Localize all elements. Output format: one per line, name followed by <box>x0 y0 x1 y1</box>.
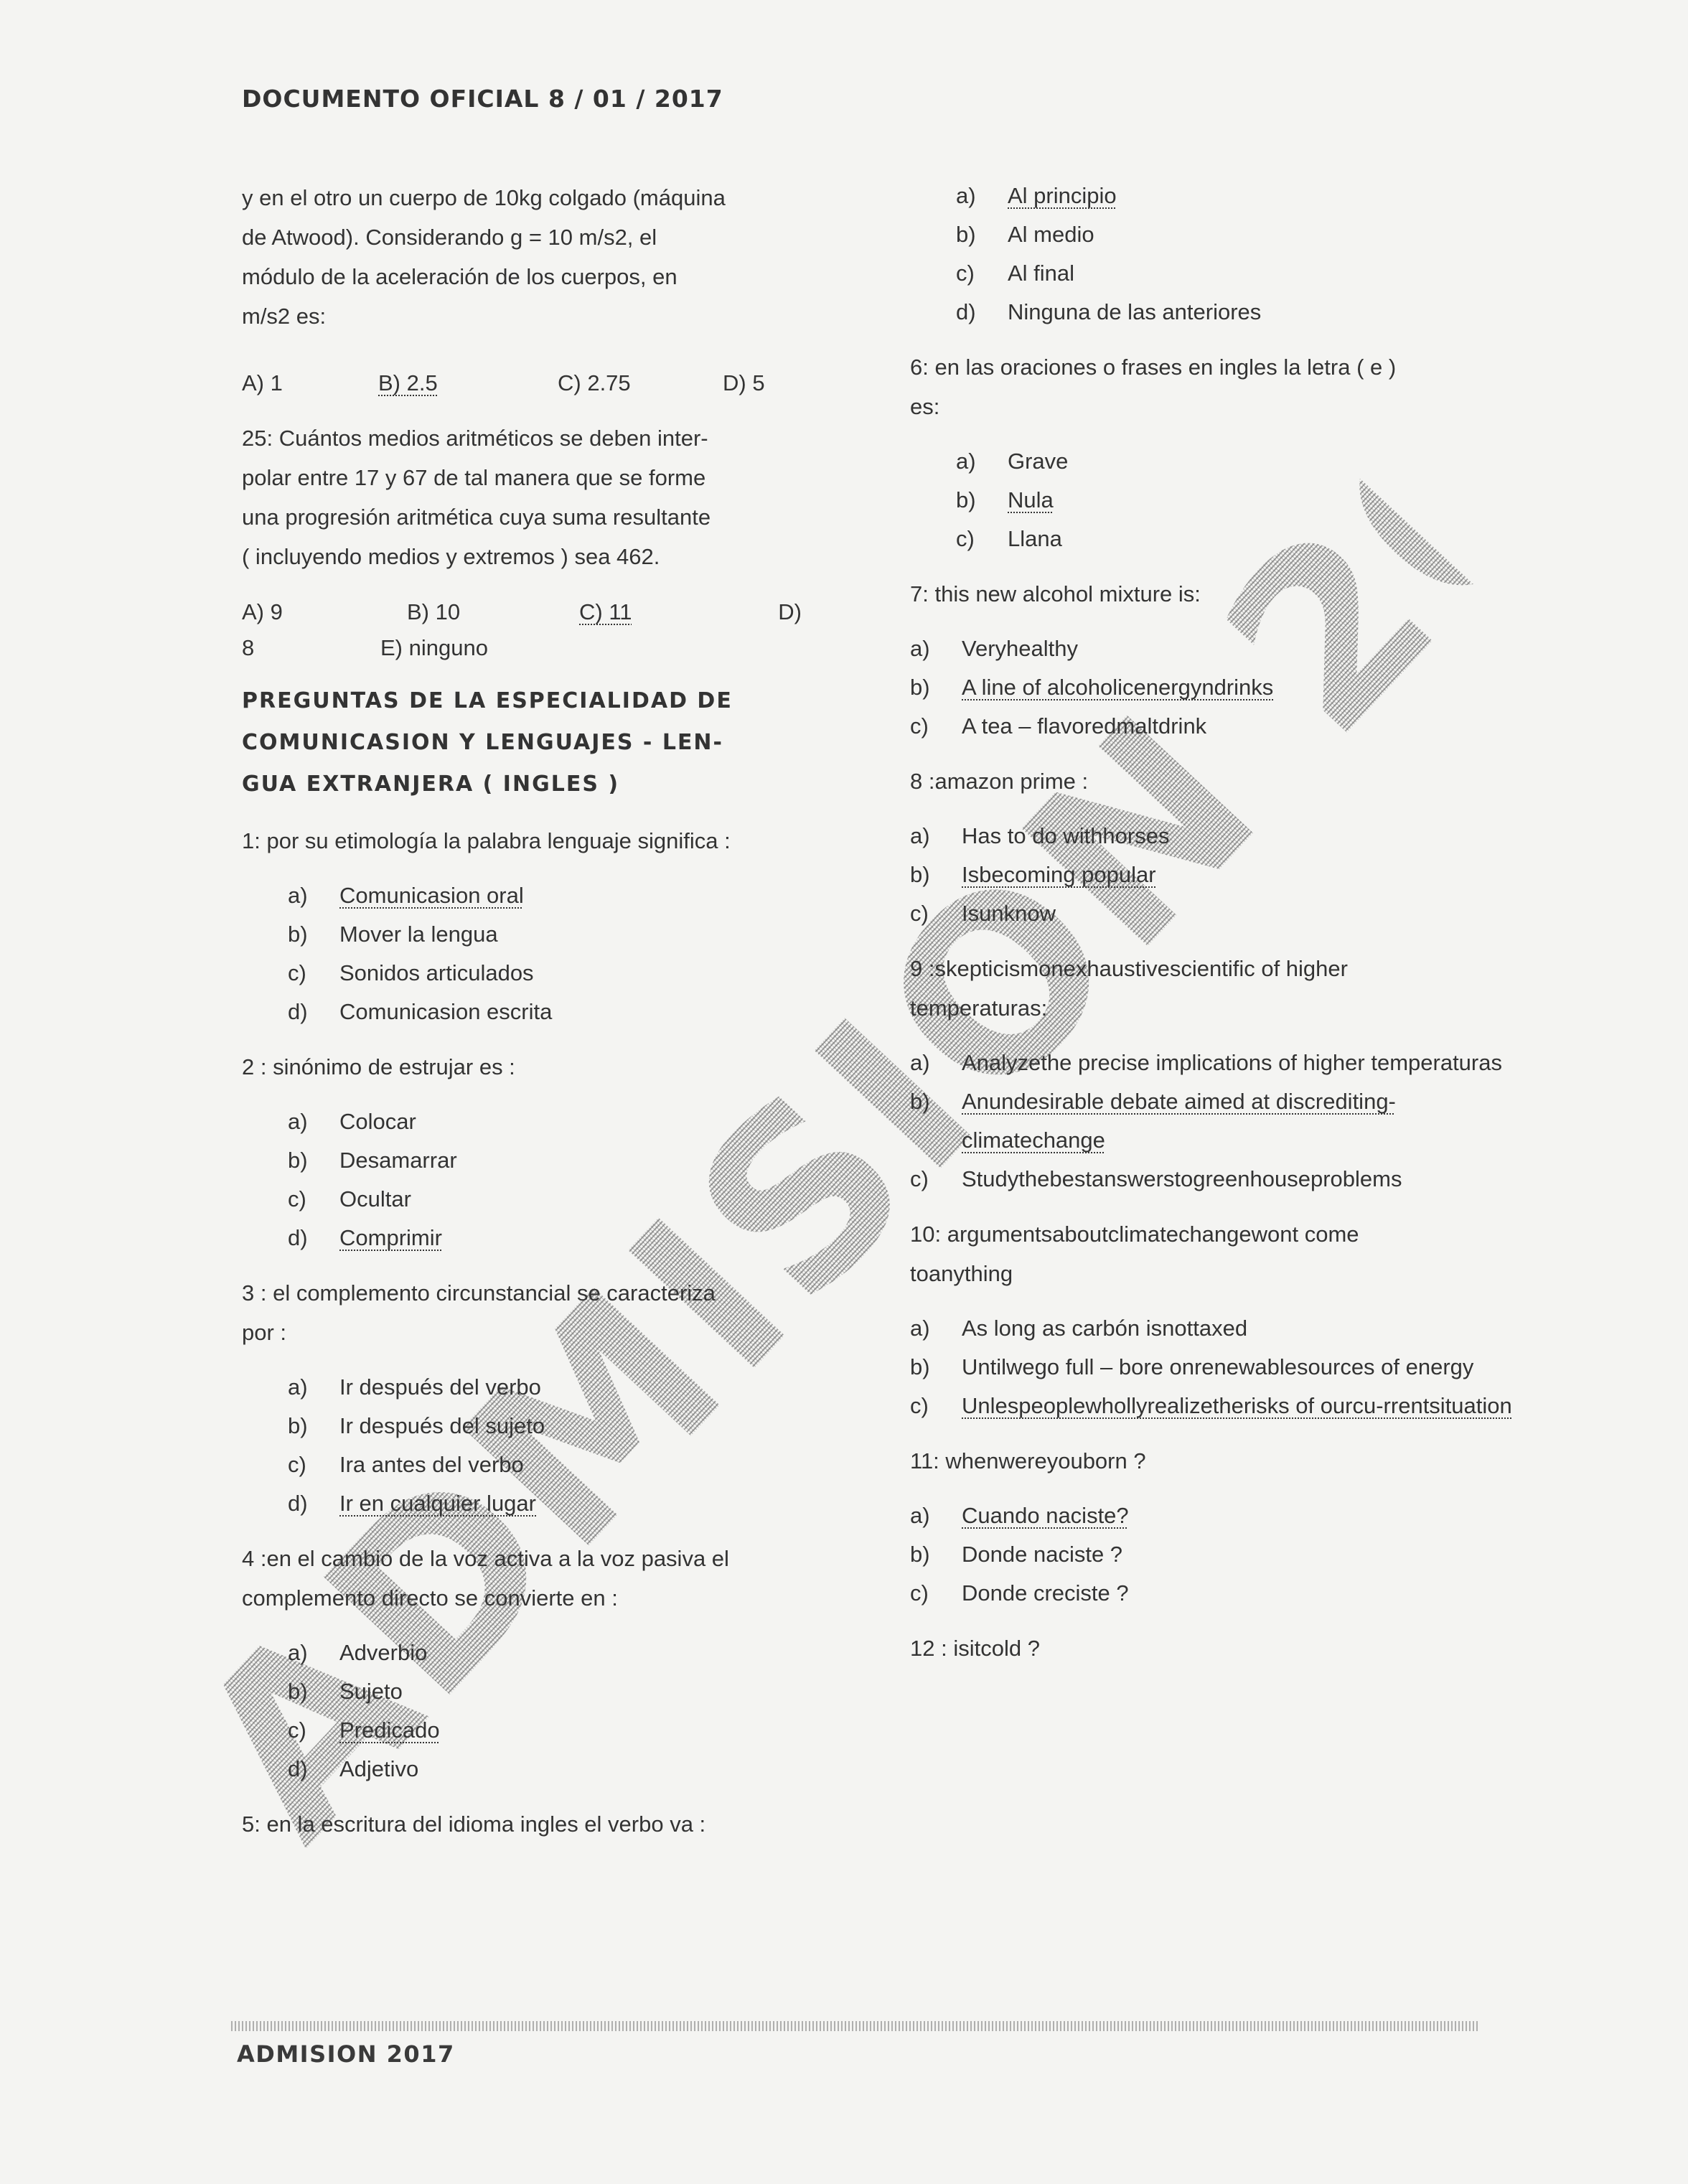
question-text-line: 1: por su etimología la palabra lenguaje… <box>242 821 830 861</box>
option-text: Ir después del verbo <box>339 1368 830 1407</box>
spacer <box>242 1523 830 1539</box>
question-block: 9 :skepticismonexhaustivescientific of h… <box>910 949 1534 1199</box>
question-text-line: temperaturas: <box>910 988 1534 1028</box>
answer-option-marked: c)Predicado <box>288 1711 830 1750</box>
question-text-line: una progresión aritmética cuya suma resu… <box>242 497 830 537</box>
option-text: Donde creciste ? <box>962 1574 1534 1613</box>
question-25-options-row-2: 8 E) ninguno <box>242 632 830 665</box>
options-list: a)As long as carbón isnottaxedb)Untilweg… <box>910 1309 1534 1425</box>
option-text: A line of alcoholicenergyndrinks <box>962 668 1534 707</box>
option-text: Donde naciste ? <box>962 1535 1534 1574</box>
answer-option: c)Llana <box>956 520 1534 558</box>
question-text-line: 6: en las oraciones o frases en ingles l… <box>910 347 1534 387</box>
option-text: Mover la lengua <box>339 915 830 954</box>
option-label: b) <box>288 915 339 954</box>
options-list: a)Veryhealthyb)A line of alcoholicenergy… <box>910 629 1534 746</box>
option-text: Desamarrar <box>339 1141 830 1180</box>
answer-option-marked: a)Cuando naciste? <box>910 1496 1534 1535</box>
answer-option: c)Studythebestanswerstogreenhouseproblem… <box>910 1160 1534 1199</box>
spacer <box>910 332 1534 347</box>
option-text: Ir en cualquier lugar <box>339 1484 830 1523</box>
question-text-line: es: <box>910 387 1534 426</box>
answer-option: d)Adjetivo <box>288 1750 830 1789</box>
option-text: A tea – flavoredmaltdrink <box>962 707 1534 746</box>
spacer <box>242 1618 830 1634</box>
exam-page: DOCUMENTO OFICIAL 8 / 01 / 2017 y en el … <box>0 0 1688 2184</box>
answer-option: C) 2.75 <box>558 363 723 403</box>
question-block: 6: en las oraciones o frases en ingles l… <box>910 347 1534 558</box>
answer-option: a)Veryhealthy <box>910 629 1534 668</box>
option-label: c) <box>956 254 1008 293</box>
question-block: 7: this new alcohol mixture is:a)Veryhea… <box>910 574 1534 746</box>
option-label: b) <box>910 1348 962 1387</box>
left-column: y en el otro un cuerpo de 10kg colgado (… <box>242 178 830 1844</box>
right-column: a)Al principiob)Al medioc)Al finald)Ning… <box>910 177 1534 1668</box>
option-label: b) <box>288 1141 339 1180</box>
answer-option-marked: a)Comunicasion oral <box>288 876 830 915</box>
option-label: b) <box>910 856 962 894</box>
option-text: Anundesirable debate aimed at discrediti… <box>962 1082 1534 1160</box>
option-label: c) <box>910 894 962 933</box>
option-text: Comunicasion oral <box>339 876 830 915</box>
question-block: 4 :en el cambio de la voz activa a la vo… <box>242 1539 830 1789</box>
answer-option: a)Colocar <box>288 1102 830 1141</box>
answer-option: b)Ir después del sujeto <box>288 1407 830 1445</box>
option-text: Isunknow <box>962 894 1534 933</box>
spacer <box>910 746 1534 761</box>
question-text-line: 4 :en el cambio de la voz activa a la vo… <box>242 1539 830 1578</box>
question-block: 2 : sinónimo de estrujar es :a)Colocarb)… <box>242 1047 830 1257</box>
option-text: Isbecoming popular <box>962 856 1534 894</box>
option-label: c) <box>288 1180 339 1219</box>
options-list: a)Adverbiob)Sujetoc)Predicadod)Adjetivo <box>242 1634 830 1789</box>
spacer <box>910 558 1534 574</box>
option-label: b) <box>910 668 962 707</box>
option-label: a) <box>910 629 962 668</box>
option-label: c) <box>910 1387 962 1425</box>
spacer <box>910 1028 1534 1044</box>
question-text-line: por : <box>242 1313 830 1352</box>
question-text-line: ( incluyendo medios y extremos ) sea 462… <box>242 537 830 576</box>
option-text: Sonidos articulados <box>339 954 830 993</box>
answer-option: c)Ira antes del verbo <box>288 1445 830 1484</box>
answer-option: b)Donde naciste ? <box>910 1535 1534 1574</box>
option-label: a) <box>288 1368 339 1407</box>
question-text-line: y en el otro un cuerpo de 10kg colgado (… <box>242 178 830 217</box>
answer-option-marked: B) 2.5 <box>378 363 522 403</box>
answer-option: b)Untilwego full – bore onrenewablesourc… <box>910 1348 1534 1387</box>
spacer <box>242 1087 830 1102</box>
option-label: a) <box>910 817 962 856</box>
option-text: Ninguna de las anteriores <box>1008 293 1534 332</box>
right-question-list: 6: en las oraciones o frases en ingles l… <box>910 332 1534 1613</box>
option-label: d) <box>288 1750 339 1789</box>
option-label: c) <box>956 520 1008 558</box>
spacer <box>242 1257 830 1273</box>
option-text: As long as carbón isnottaxed <box>962 1309 1534 1348</box>
answer-option: E) ninguno <box>380 632 488 665</box>
question-text-line: 10: argumentsaboutclimatechangewont come <box>910 1214 1534 1254</box>
answer-option: b)Al medio <box>956 215 1534 254</box>
spacer <box>242 861 830 876</box>
option-text: Comunicasion escrita <box>339 993 830 1031</box>
answer-option-marked: C) 11 <box>579 592 632 632</box>
answer-option-marked: b)A line of alcoholicenergyndrinks <box>910 668 1534 707</box>
answer-option-marked: b)Nula <box>956 481 1534 520</box>
answer-option-marked: d)Comprimir <box>288 1219 830 1257</box>
options-list: a)Ir después del verbob)Ir después del s… <box>242 1368 830 1523</box>
spacer <box>242 1031 830 1047</box>
option-text: Nula <box>1008 481 1534 520</box>
option-label: c) <box>288 954 339 993</box>
question-25-options-row-1: A) 9 B) 10 C) 11 D) <box>242 592 830 632</box>
answer-option: a)Grave <box>956 442 1534 481</box>
answer-option: a)As long as carbón isnottaxed <box>910 1309 1534 1348</box>
option-label: a) <box>288 876 339 915</box>
options-list: a)Cuando naciste?b)Donde naciste ?c)Dond… <box>910 1496 1534 1613</box>
option-text: Al principio <box>1008 177 1534 215</box>
question-text-line: 25: Cuántos medios aritméticos se deben … <box>242 418 830 458</box>
option-text: Ira antes del verbo <box>339 1445 830 1484</box>
option-label: b) <box>288 1407 339 1445</box>
option-text: Veryhealthy <box>962 629 1534 668</box>
answer-option: a)Has to do withhorses <box>910 817 1534 856</box>
spacer <box>910 933 1534 949</box>
options-list: a)Graveb)Nulac)Llana <box>910 442 1534 558</box>
question-text-line: de Atwood). Considerando g = 10 m/s2, el <box>242 217 830 257</box>
section-title: PREGUNTAS DE LA ESPECIALIDAD DE COMUNICA… <box>242 680 830 805</box>
answer-option: b)Desamarrar <box>288 1141 830 1180</box>
question-block: 11: whenwereyouborn ?a)Cuando naciste?b)… <box>910 1441 1534 1613</box>
question-text-line: módulo de la aceleración de los cuerpos,… <box>242 257 830 296</box>
option-text: Ocultar <box>339 1180 830 1219</box>
option-label: b) <box>910 1082 962 1160</box>
option-label: a) <box>956 442 1008 481</box>
option-label: d) <box>288 993 339 1031</box>
options-list: a)Comunicasion oralb)Mover la lenguac)So… <box>242 876 830 1031</box>
option-label: b) <box>956 481 1008 520</box>
answer-option-marked: a)Al principio <box>956 177 1534 215</box>
spacer <box>910 1425 1534 1441</box>
option-text: Cuando naciste? <box>962 1496 1534 1535</box>
option-label: b) <box>956 215 1008 254</box>
answer-option: D) <box>778 592 830 632</box>
spacer <box>910 614 1534 629</box>
question-24-continuation: y en el otro un cuerpo de 10kg colgado (… <box>242 178 830 336</box>
option-label: d) <box>288 1484 339 1523</box>
answer-option: B) 10 <box>407 592 579 632</box>
question-block: 8 :amazon prime :a)Has to do withhorsesb… <box>910 761 1534 933</box>
answer-option: A) 1 <box>242 363 378 403</box>
question-text-line: 3 : el complemento circunstancial se car… <box>242 1273 830 1313</box>
answer-option: a)Adverbio <box>288 1634 830 1672</box>
document-header-title: DOCUMENTO OFICIAL 8 / 01 / 2017 <box>242 85 723 113</box>
question-text-line: 11: whenwereyouborn ? <box>910 1441 1534 1481</box>
option-text: Colocar <box>339 1102 830 1141</box>
answer-option: b)Mover la lengua <box>288 915 830 954</box>
answer-option-marked: b)Isbecoming popular <box>910 856 1534 894</box>
answer-option: b)Sujeto <box>288 1672 830 1711</box>
option-text: Predicado <box>339 1711 830 1750</box>
left-question-list: 1: por su etimología la palabra lenguaje… <box>242 821 830 1789</box>
option-text: Adjetivo <box>339 1750 830 1789</box>
option-label: a) <box>910 1496 962 1535</box>
option-label: d) <box>956 293 1008 332</box>
question-text-line: complemento directo se convierte en : <box>242 1578 830 1618</box>
option-label: c) <box>288 1445 339 1484</box>
question-25: 25: Cuántos medios aritméticos se deben … <box>242 418 830 576</box>
spacer <box>242 1352 830 1368</box>
spacer <box>910 426 1534 442</box>
question-block: 3 : el complemento circunstancial se car… <box>242 1273 830 1523</box>
answer-option: c)Isunknow <box>910 894 1534 933</box>
footer-title: ADMISION 2017 <box>237 2040 455 2068</box>
option-label: a) <box>910 1309 962 1348</box>
question-text-line: 7: this new alcohol mixture is: <box>910 574 1534 614</box>
option-text: Studythebestanswerstogreenhouseproblems <box>962 1160 1534 1199</box>
question-text-line: 9 :skepticismonexhaustivescientific of h… <box>910 949 1534 988</box>
options-list: a)Colocarb)Desamarrarc)Ocultard)Comprimi… <box>242 1102 830 1257</box>
option-text: Analyzethe precise implications of highe… <box>962 1044 1534 1082</box>
option-label: d) <box>288 1219 339 1257</box>
question-text-line: 8 :amazon prime : <box>910 761 1534 801</box>
answer-option: c)Al final <box>956 254 1534 293</box>
question-24-options: A) 1 B) 2.5 C) 2.75 D) 5 <box>242 363 830 403</box>
answer-option: c)Donde creciste ? <box>910 1574 1534 1613</box>
option-text: Llana <box>1008 520 1534 558</box>
answer-option: D) 5 <box>723 363 765 403</box>
option-label: b) <box>910 1535 962 1574</box>
answer-option: a)Analyzethe precise implications of hig… <box>910 1044 1534 1082</box>
question-text-line: m/s2 es: <box>242 296 830 336</box>
option-label: c) <box>288 1711 339 1750</box>
spacer <box>910 801 1534 817</box>
option-label: c) <box>910 1160 962 1199</box>
answer-option: a)Ir después del verbo <box>288 1368 830 1407</box>
option-label: a) <box>910 1044 962 1082</box>
answer-option: c)Sonidos articulados <box>288 954 830 993</box>
spacer <box>910 1199 1534 1214</box>
option-label: a) <box>956 177 1008 215</box>
option-label: a) <box>288 1102 339 1141</box>
answer-option-marked: d)Ir en cualquier lugar <box>288 1484 830 1523</box>
option-text: Al final <box>1008 254 1534 293</box>
answer-option: d)Comunicasion escrita <box>288 993 830 1031</box>
answer-option: 8 <box>242 632 380 665</box>
answer-option: c)A tea – flavoredmaltdrink <box>910 707 1534 746</box>
options-list: a)Has to do withhorsesb)Isbecoming popul… <box>910 817 1534 933</box>
option-text: Comprimir <box>339 1219 830 1257</box>
question-text-line: 2 : sinónimo de estrujar es : <box>242 1047 830 1087</box>
option-text: Grave <box>1008 442 1534 481</box>
answer-option-marked: b)Anundesirable debate aimed at discredi… <box>910 1082 1534 1160</box>
option-label: c) <box>910 707 962 746</box>
answer-option: d)Ninguna de las anteriores <box>956 293 1534 332</box>
spacer <box>910 1293 1534 1309</box>
question-block: 10: argumentsaboutclimatechangewont come… <box>910 1214 1534 1425</box>
question-5-text: 5: en la escritura del idioma ingles el … <box>242 1804 830 1844</box>
question-12-text: 12 : isitcold ? <box>910 1628 1534 1668</box>
question-text-line: toanything <box>910 1254 1534 1293</box>
footer-divider <box>231 2021 1480 2031</box>
option-label: b) <box>288 1672 339 1711</box>
option-label: c) <box>910 1574 962 1613</box>
spacer <box>910 1481 1534 1496</box>
option-text: Sujeto <box>339 1672 830 1711</box>
question-5-options: a)Al principiob)Al medioc)Al finald)Ning… <box>910 177 1534 332</box>
option-text: Adverbio <box>339 1634 830 1672</box>
option-text: Ir después del sujeto <box>339 1407 830 1445</box>
option-text: Unlespeoplewhollyrealizetherisks of ourc… <box>962 1387 1534 1425</box>
option-label: a) <box>288 1634 339 1672</box>
option-text: Al medio <box>1008 215 1534 254</box>
question-text-line: polar entre 17 y 67 de tal manera que se… <box>242 458 830 497</box>
question-block: 1: por su etimología la palabra lenguaje… <box>242 821 830 1031</box>
answer-option: A) 9 <box>242 592 407 632</box>
option-text: Untilwego full – bore onrenewablesources… <box>962 1348 1534 1387</box>
answer-option: c)Ocultar <box>288 1180 830 1219</box>
answer-option-marked: c)Unlespeoplewhollyrealizetherisks of ou… <box>910 1387 1534 1425</box>
option-text: Has to do withhorses <box>962 817 1534 856</box>
options-list: a)Analyzethe precise implications of hig… <box>910 1044 1534 1199</box>
